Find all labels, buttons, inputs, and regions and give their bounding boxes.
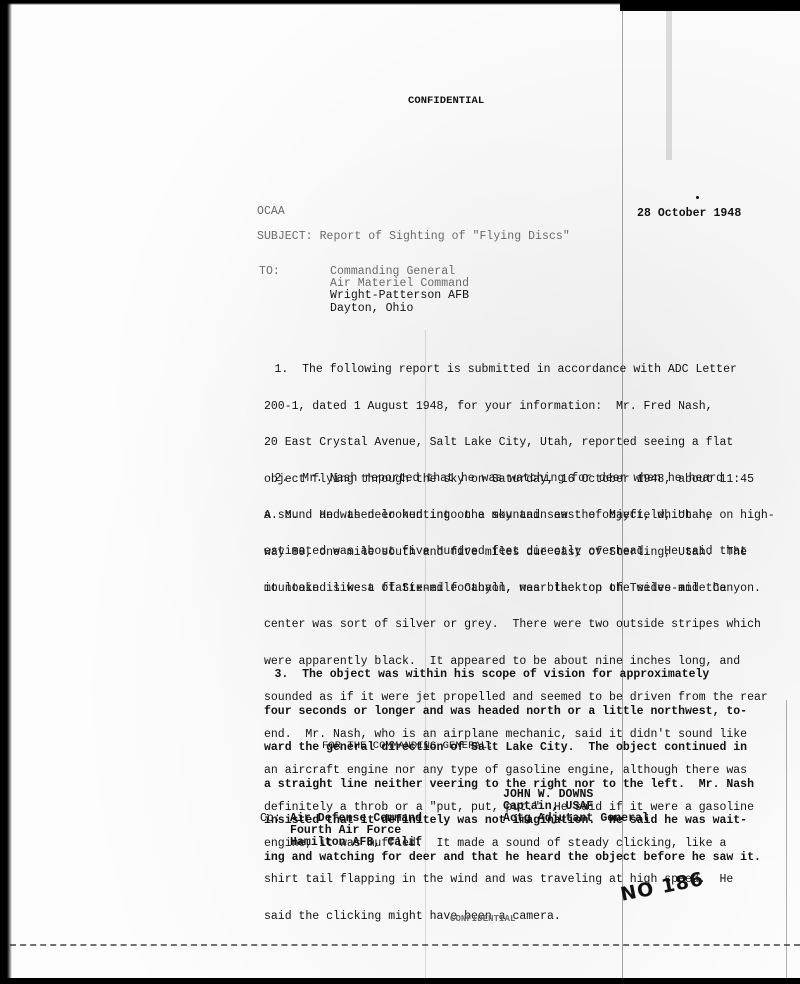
- ink-speck: [696, 196, 699, 199]
- addressee-block: Commanding GeneralAir Materiel CommandWr…: [330, 266, 469, 315]
- subject-label: SUBJECT:: [257, 230, 313, 243]
- signer-title: Actg Adjutant General: [503, 813, 649, 825]
- signature-block: JOHN W. DOWNSCaptain, USAFActg Adjutant …: [503, 789, 649, 826]
- subject-line: SUBJECT: Report of Sighting of "Flying D…: [257, 231, 570, 243]
- classification-footer: CONFIDENTIAL: [450, 913, 515, 925]
- addressee-line: Dayton, Ohio: [330, 303, 469, 315]
- to-label: TO:: [259, 266, 280, 278]
- closing-line: FOR THE COMMANDING GENERAL:: [322, 740, 493, 752]
- scan-edge-left: [0, 0, 12, 984]
- paragraph-3: 3. The object was within his scope of vi…: [264, 645, 764, 888]
- scan-artifact-smudge: [666, 10, 672, 160]
- paragraph-line: a sound and then looked into the sky and…: [264, 510, 764, 522]
- paragraph-line: 20 East Crystal Avenue, Salt Lake City, …: [264, 437, 764, 449]
- paragraph-line: it looked like a flattened football, was…: [264, 583, 764, 595]
- paragraph-line: estimated was about five hundred feet di…: [264, 546, 764, 558]
- paragraph-line: 3. The object was within his scope of vi…: [240, 669, 764, 681]
- paragraph-line: center was sort of silver or grey. There…: [264, 619, 764, 631]
- cc-recipients: Air Defense CommandFourth Air ForceHamil…: [290, 813, 422, 850]
- scan-edge-bottom: [0, 978, 800, 984]
- scan-artifact-line: [786, 700, 787, 980]
- paragraph-line: 1. The following report is submitted in …: [240, 364, 764, 376]
- subject-text: Report of Sighting of "Flying Discs": [320, 230, 570, 243]
- paragraph-line: 2. Mr. Nash reported that he was watchin…: [240, 473, 764, 485]
- document-date: 28 October 1948: [637, 208, 741, 220]
- document-page: CONFIDENTIAL OCAA 28 October 1948 SUBJEC…: [0, 0, 800, 984]
- scan-edge-top-right: [620, 0, 800, 11]
- paragraph-line: four seconds or longer and was headed no…: [264, 706, 764, 718]
- paragraph-line: ing and watching for deer and that he he…: [264, 852, 764, 864]
- classification-header: CONFIDENTIAL: [408, 95, 484, 107]
- cc-label: Cc:: [260, 813, 281, 825]
- paragraph-line: 200-1, dated 1 August 1948, for your inf…: [264, 401, 764, 413]
- office-code: OCAA: [257, 206, 285, 218]
- addressee-line: Wright-Patterson AFB: [330, 290, 469, 302]
- cc-recipient: Hamilton AFB, Calif: [290, 837, 422, 849]
